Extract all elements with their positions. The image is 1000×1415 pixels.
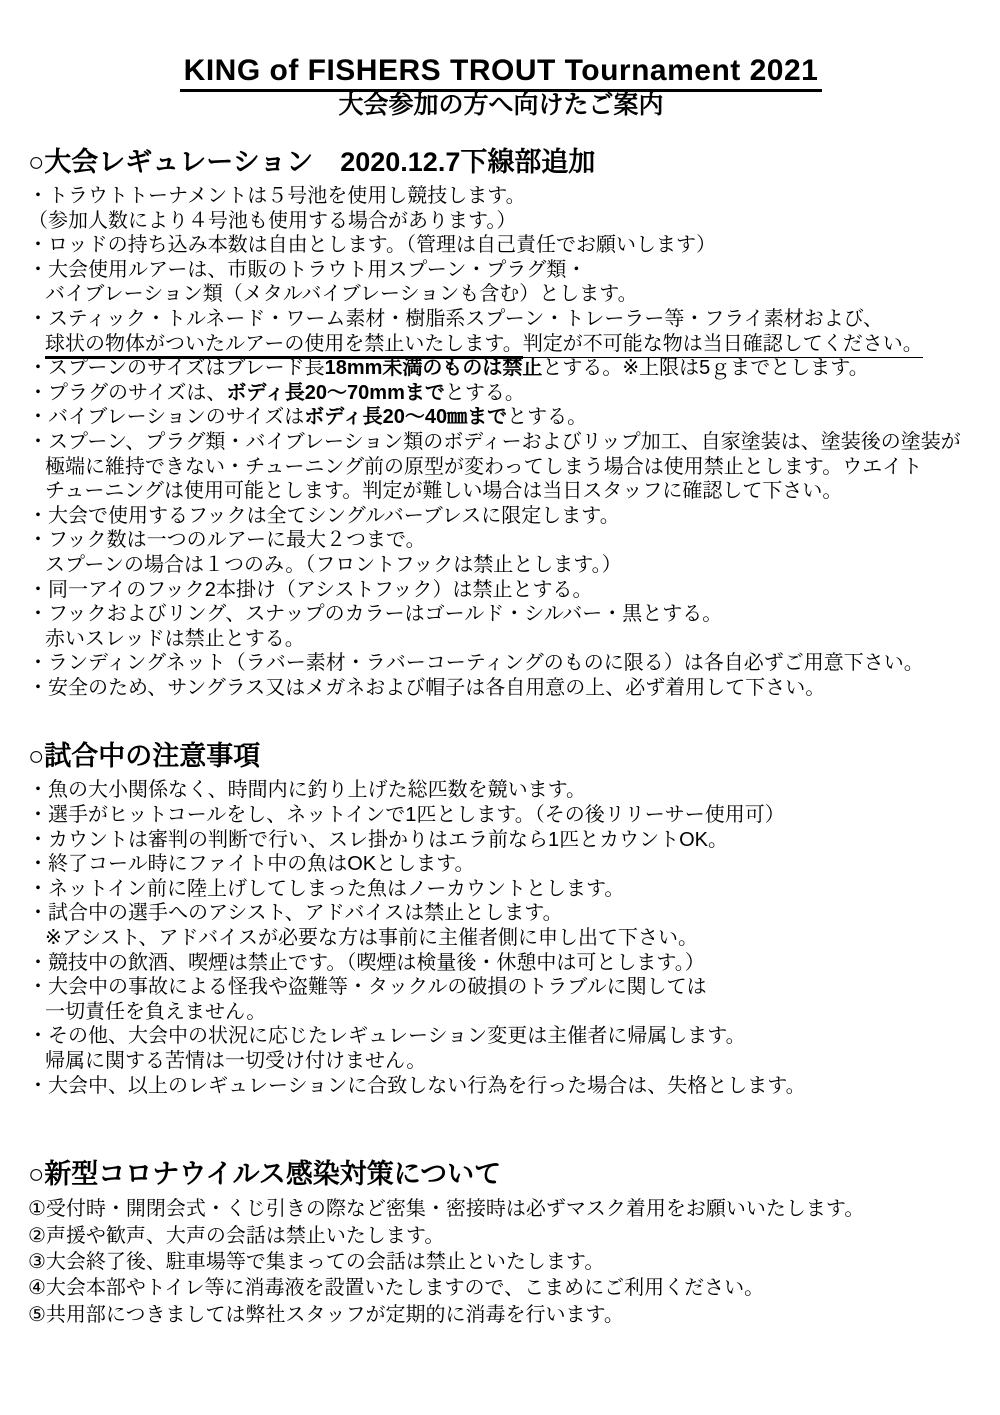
text-line: ※アシスト、アドバイスが必要な方は事前に主催者側に申し出て下さい。 (28, 926, 974, 951)
text-line: スプーンの場合は１つのみ。（フロントフックは禁止とします。） (28, 553, 974, 578)
text-line: ・ロッドの持ち込み本数は自由とします。（管理は自己責任でお願いします） (28, 233, 974, 258)
section-heading-covid-measures: ○新型コロナウイルス感染対策について (28, 1158, 974, 1190)
text-line: ・試合中の選手へのアシスト、アドバイスは禁止とします。 (28, 901, 974, 926)
text-segment: とする。 (507, 406, 587, 428)
document-subtitle: 大会参加の方へ向けたご案内 (28, 90, 974, 120)
text-segment: （参加人数により４号池も使用する場合があります。） (28, 210, 516, 232)
text-segment: ・バイブレーションのサイズは (28, 406, 304, 428)
text-line: ・大会で使用するフックは全てシングルバーブレスに限定します。 (28, 504, 974, 529)
document-page: KING of FISHERS TROUT Tournament 2021 大会… (0, 0, 1000, 1415)
text-segment: ・ランディングネット（ラバー素材・ラバーコーティングのものに限る）は各自必ずご用… (28, 652, 924, 674)
text-line: ・トラウトトーナメントは５号池を使用し競技します。 (28, 184, 974, 209)
text-segment: ・魚の大小関係なく、時間内に釣り上げた総匹数を競います。 (28, 779, 586, 801)
text-segment: ・その他、大会中の状況に応じたレギュレーション変更は主催者に帰属します。 (28, 1025, 746, 1047)
text-segment: 18mm未満のものは禁止 (325, 357, 543, 379)
text-segment: ③大会終了後、駐車場等で集まっての会話は禁止といたします。 (28, 1251, 604, 1273)
section-heading-match-notes: ○試合中の注意事項 (28, 740, 974, 772)
text-segment: ・カウントは審判の判断で行い、スレ掛かりはエラ前なら1匹とカウントOK。 (28, 829, 728, 851)
text-line: ・フック数は一つのルアーに最大２つまで。 (28, 528, 974, 553)
text-segment: チューニングは使用可能とします。判定が難しい場合は当日スタッフに確認して下さい。 (45, 480, 842, 502)
text-line: ・大会中の事故による怪我や盗難等・タックルの破損のトラブルに関しては (28, 975, 974, 1000)
text-segment: ・大会で使用するフックは全てシングルバーブレスに限定します。 (28, 505, 620, 527)
text-segment: ④大会本部やトイレ等に消毒液を設置いたしますので、こまめにご利用ください。 (28, 1277, 764, 1299)
text-segment: ・フック数は一つのルアーに最大２つまで。 (28, 529, 426, 551)
text-segment: 球状の物体がついたルアーの使用を禁止いたします。 (45, 333, 523, 359)
text-segment: ・試合中の選手へのアシスト、アドバイスは禁止とします。 (28, 902, 563, 924)
text-line: ・プラグのサイズは、ボディ長20～70mmまでとする。 (28, 381, 974, 406)
section-regulations: ○大会レギュレーション 2020.12.7下線部追加 ・トラウトトーナメントは５… (28, 146, 974, 700)
text-line: ②声援や歓声、大声の会話は禁止いたします。 (28, 1223, 974, 1249)
text-line: ・同一アイのフック2本掛け（アシストフック）は禁止とする。 (28, 578, 974, 603)
text-segment: ①受付時・開閉会式・くじ引きの際など密集・密接時は必ずマスク着用をお願いいたしま… (28, 1198, 864, 1220)
text-line: ・スプーン、プラグ類・バイブレーション類のボディーおよびリップ加工、自家塗装は、… (28, 430, 974, 455)
text-line: ・カウントは審判の判断で行い、スレ掛かりはエラ前なら1匹とカウントOK。 (28, 828, 974, 853)
text-segment: 判定が不可能な物は当日確認してください。 (523, 333, 923, 358)
section-lines-regulations: ・トラウトトーナメントは５号池を使用し競技します。（参加人数により４号池も使用す… (28, 184, 974, 700)
text-line: ・その他、大会中の状況に応じたレギュレーション変更は主催者に帰属します。 (28, 1024, 974, 1049)
text-line: チューニングは使用可能とします。判定が難しい場合は当日スタッフに確認して下さい。 (28, 479, 974, 504)
text-segment: スプーンの場合は１つのみ。（フロントフックは禁止とします。） (45, 554, 622, 576)
text-segment: とする。※上限は5ｇまでとします。 (542, 357, 868, 379)
section-covid-measures: ○新型コロナウイルス感染対策について ①受付時・開閉会式・くじ引きの際など密集・… (28, 1158, 974, 1328)
text-line: ・ランディングネット（ラバー素材・ラバーコーティングのものに限る）は各自必ずご用… (28, 651, 974, 676)
text-line: 球状の物体がついたルアーの使用を禁止いたします。判定が不可能な物は当日確認してく… (28, 332, 974, 357)
text-line: ・競技中の飲酒、喫煙は禁止です。（喫煙は検量後・休憩中は可とします。） (28, 951, 974, 976)
text-segment: ・ロッドの持ち込み本数は自由とします。（管理は自己責任でお願いします） (28, 234, 716, 256)
text-segment: ・競技中の飲酒、喫煙は禁止です。（喫煙は検量後・休憩中は可とします。） (28, 952, 705, 974)
text-segment: ・安全のため、サングラス又はメガネおよび帽子は各自用意の上、必ず着用して下さい。 (28, 677, 825, 699)
text-segment: ・選手がヒットコールをし、ネットインで1匹とします。（その後リリーサー使用可） (28, 804, 785, 826)
text-line: ⑤共用部につきましては弊社スタッフが定期的に消毒を行います。 (28, 1302, 974, 1328)
text-line: ・バイブレーションのサイズはボディ長20～40㎜までとする。 (28, 405, 974, 430)
text-line: バイブレーション類（メタルバイブレーションも含む）とします。 (28, 282, 974, 307)
text-segment: 帰属に関する苦情は一切受け付けません。 (45, 1050, 426, 1072)
section-heading-regulations: ○大会レギュレーション 2020.12.7下線部追加 (28, 146, 974, 178)
text-segment: ボディ長20～40㎜まで (304, 406, 507, 428)
text-line: ・ネットイン前に陸上げしてしまった魚はノーカウントとします。 (28, 877, 974, 902)
text-segment: ・ネットイン前に陸上げしてしまった魚はノーカウントとします。 (28, 878, 624, 900)
text-segment: ・スティック・トルネード・ワーム素材・樹脂系スプーン・トレーラー等・フライ素材お… (28, 308, 883, 330)
text-segment: ・大会使用ルアーは、市販のトラウト用スプーン・プラグ類・ (28, 259, 586, 281)
text-segment: ※アシスト、アドバイスが必要な方は事前に主催者側に申し出て下さい。 (45, 927, 698, 949)
text-line: ・安全のため、サングラス又はメガネおよび帽子は各自用意の上、必ず着用して下さい。 (28, 676, 974, 701)
text-line: ・選手がヒットコールをし、ネットインで1匹とします。（その後リリーサー使用可） (28, 803, 974, 828)
section-lines-covid-measures: ①受付時・開閉会式・くじ引きの際など密集・密接時は必ずマスク着用をお願いいたしま… (28, 1196, 974, 1328)
text-line: 赤いスレッドは禁止とする。 (28, 627, 974, 652)
text-segment: ・フックおよびリング、スナップのカラーはゴールド・シルバー・黒とする。 (28, 603, 722, 625)
text-line: ・大会中、以上のレギュレーションに合致しない行為を行った場合は、失格とします。 (28, 1074, 974, 1099)
text-line: （参加人数により４号池も使用する場合があります。） (28, 209, 974, 234)
text-segment: ・スプーン、プラグ類・バイブレーション類のボディーおよびリップ加工、自家塗装は、… (28, 431, 961, 453)
text-segment: 赤いスレッドは禁止とする。 (45, 628, 305, 650)
text-segment: バイブレーション類（メタルバイブレーションも含む）とします。 (45, 283, 638, 305)
text-segment: ・トラウトトーナメントは５号池を使用し競技します。 (28, 185, 526, 207)
text-line: ③大会終了後、駐車場等で集まっての会話は禁止といたします。 (28, 1249, 974, 1275)
text-line: ・終了コール時にファイト中の魚はOKとします。 (28, 852, 974, 877)
section-match-notes: ○試合中の注意事項 ・魚の大小関係なく、時間内に釣り上げた総匹数を競います。・選… (28, 740, 974, 1098)
text-segment: ボディ長20～70mmまで (226, 382, 444, 404)
text-line: ①受付時・開閉会式・くじ引きの際など密集・密接時は必ずマスク着用をお願いいたしま… (28, 1196, 974, 1222)
text-line: ・魚の大小関係なく、時間内に釣り上げた総匹数を競います。 (28, 778, 974, 803)
text-segment: ・大会中の事故による怪我や盗難等・タックルの破損のトラブルに関しては (28, 976, 707, 998)
section-lines-match-notes: ・魚の大小関係なく、時間内に釣り上げた総匹数を競います。・選手がヒットコールをし… (28, 778, 974, 1098)
text-line: ④大会本部やトイレ等に消毒液を設置いたしますので、こまめにご利用ください。 (28, 1275, 974, 1301)
text-segment: 極端に維持できない・チューニング前の原型が変わってしまう場合は使用禁止とします。… (45, 456, 922, 478)
text-line: ・フックおよびリング、スナップのカラーはゴールド・シルバー・黒とする。 (28, 602, 974, 627)
text-segment: ⑤共用部につきましては弊社スタッフが定期的に消毒を行います。 (28, 1304, 624, 1326)
text-segment: ・同一アイのフック2本掛け（アシストフック）は禁止とする。 (28, 579, 593, 601)
text-segment: ・大会中、以上のレギュレーションに合致しない行為を行った場合は、失格とします。 (28, 1075, 806, 1097)
document-title: KING of FISHERS TROUT Tournament 2021 (28, 54, 974, 88)
text-segment: ・終了コール時にファイト中の魚はOKとします。 (28, 853, 475, 875)
text-line: ・スプーンのサイズはブレード長18mm未満のものは禁止とする。※上限は5ｇまでと… (28, 356, 974, 381)
text-segment: ・プラグのサイズは、 (28, 382, 226, 404)
text-segment: 一切責任を負えません。 (45, 1001, 266, 1023)
text-line: ・大会使用ルアーは、市販のトラウト用スプーン・プラグ類・ (28, 258, 974, 283)
text-segment: とする。 (445, 382, 525, 404)
text-segment: ②声援や歓声、大声の会話は禁止いたします。 (28, 1225, 444, 1247)
text-line: 極端に維持できない・チューニング前の原型が変わってしまう場合は使用禁止とします。… (28, 455, 974, 480)
text-segment: ・スプーンのサイズはブレード長 (28, 357, 325, 379)
text-line: 一切責任を負えません。 (28, 1000, 974, 1025)
document-title-text: KING of FISHERS TROUT Tournament 2021 (180, 54, 823, 92)
text-line: 帰属に関する苦情は一切受け付けません。 (28, 1049, 974, 1074)
text-line: ・スティック・トルネード・ワーム素材・樹脂系スプーン・トレーラー等・フライ素材お… (28, 307, 974, 332)
